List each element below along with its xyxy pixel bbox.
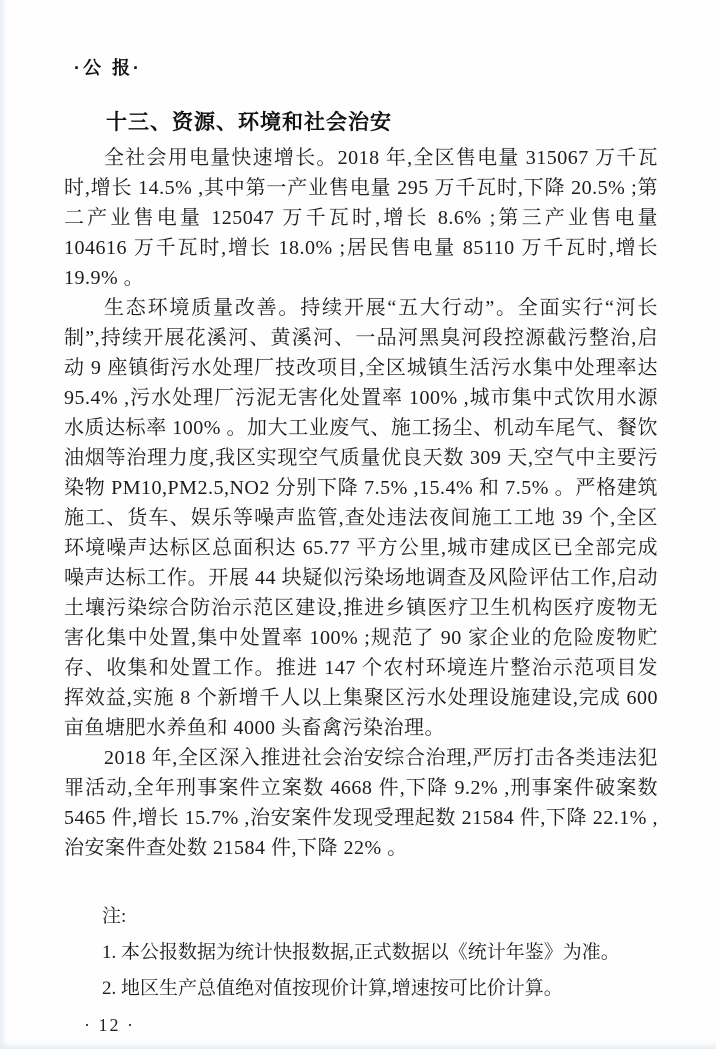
- note-item-1: 1. 本公报数据为统计快报数据,正式数据以《统计年鉴》为准。: [64, 935, 658, 971]
- note-item-2: 2. 地区生产总值绝对值按现价计算,增速按可比价计算。: [64, 971, 658, 1007]
- paragraph-public-security: 2018 年,全区深入推进社会治安综合治理,严厉打击各类违法犯罪活动,全年刑事案…: [64, 743, 658, 863]
- paragraph-ecological-environment: 生态环境质量改善。持续开展“五大行动”。全面实行“河长制”,持续开展花溪河、黄溪…: [64, 293, 658, 743]
- paragraph-electricity-consumption: 全社会用电量快速增长。2018 年,全区售电量 315067 万千瓦时,增长 1…: [64, 143, 658, 293]
- section-title: 十三、资源、环境和社会治安: [64, 110, 658, 136]
- page-number: · 12 ·: [84, 1015, 658, 1036]
- running-header-text: ·公 报·: [74, 58, 142, 78]
- document-page: ·公 报· 十三、资源、环境和社会治安 全社会用电量快速增长。2018 年,全区…: [0, 0, 716, 1049]
- notes-section: 注: 1. 本公报数据为统计快报数据,正式数据以《统计年鉴》为准。 2. 地区生…: [64, 899, 658, 1007]
- page-body: 十三、资源、环境和社会治安 全社会用电量快速增长。2018 年,全区售电量 31…: [64, 110, 658, 1036]
- running-header: ·公 报·: [74, 56, 658, 80]
- notes-label: 注:: [64, 899, 658, 935]
